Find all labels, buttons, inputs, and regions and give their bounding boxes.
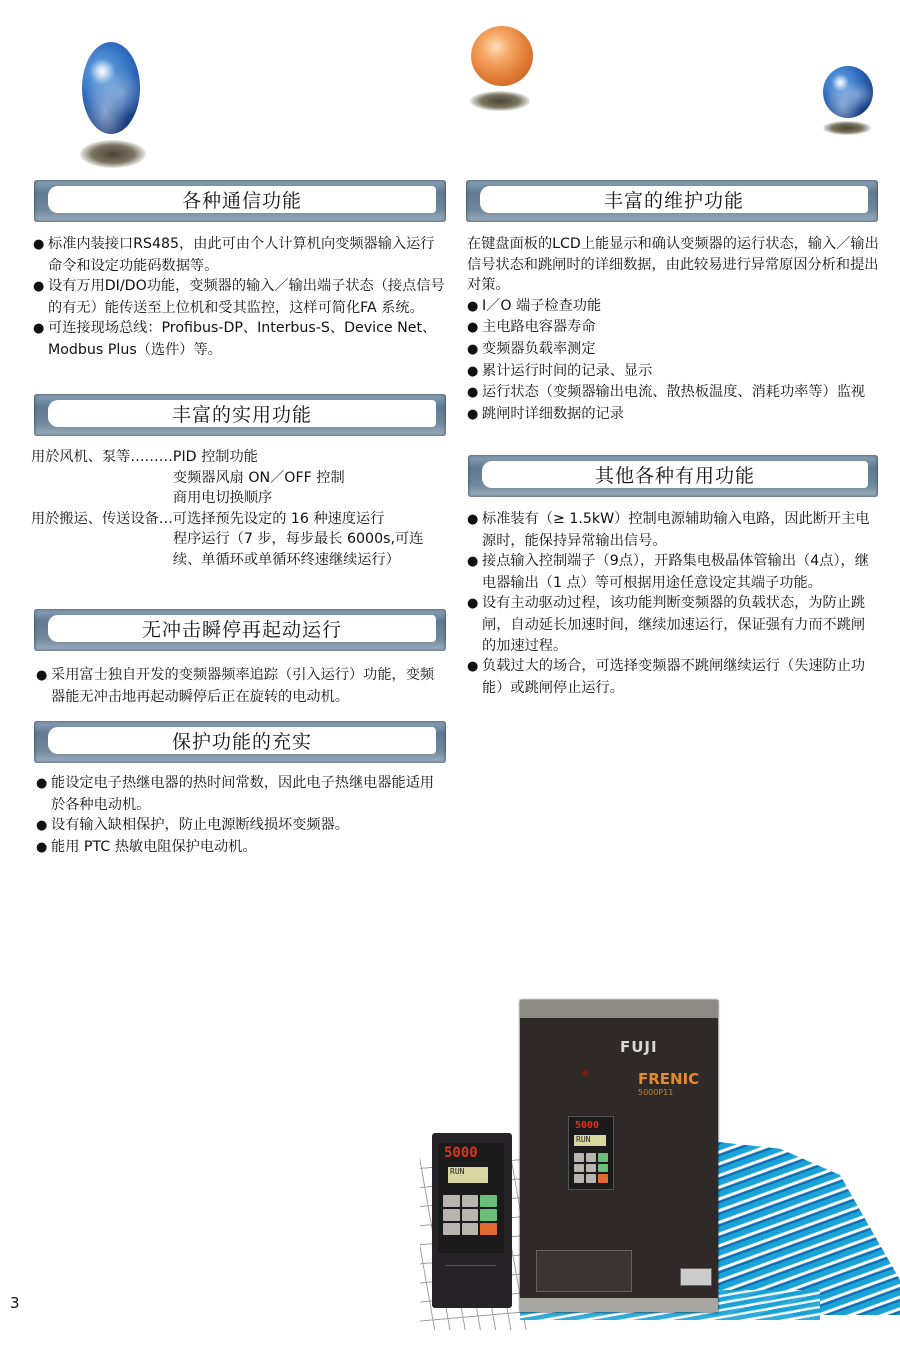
section-title: 其他各种有用功能 [595,461,755,488]
bullet-item: 能用 PTC 热敏电阻保护电动机。 [36,837,446,859]
keypad-buttons [574,1153,608,1183]
lcd-display: RUN [448,1167,488,1183]
section-body-protection: 能设定电子热继电器的热时间常数，因此电子热继电器能适用於各种电动机。 设有输入缺… [36,773,446,858]
section-body-communication: 标准内装接口RS485，由此可由个人计算机向变频器输入运行命令和设定功能码数据等… [33,234,445,361]
bullet-item: 采用富士独自开发的变频器频率追踪（引入运行）功能，变频器能无冲击地再起动瞬停后正… [36,665,446,707]
rating-label [680,1268,712,1286]
product-name: FRENIC [638,1070,699,1088]
application-row: 用於搬运、传送设备… 可选择预先设定的 16 种速度运行 程序运行（7 步，每步… [31,509,445,571]
bullet-item: 负载过大的场合，可选择变频器不跳闸继续运行（失速防止功能）或跳闸停止运行。 [467,656,879,698]
bullet-item: 跳闸时详细数据的记录 [467,404,879,426]
globe-shadow [80,140,146,168]
globe-shadow [823,121,871,135]
section-intro: 在键盘面板的LCD上能显示和确认变频器的运行状态，输入／输出信号状态和跳闸时的详… [467,234,879,296]
bullet-item: 能设定电子热继电器的热时间常数，因此电子热继电器能适用於各种电动机。 [36,773,446,815]
globe-shadow [470,91,530,111]
bullet-item: 设有主动驱动过程，该功能判断变频器的负载状态，为防止跳闸，自动延长加速时间，继续… [467,593,879,656]
bullet-item: 接点输入控制端子（9点），开路集电极晶体管输出（4点），继电器输出（1 点）等可… [467,551,879,593]
led-display: 5000 [444,1145,498,1161]
application-row: 用於风机、泵等……… PID 控制功能 变频器风扇 ON／OFF 控制 商用电切… [31,447,445,509]
section-title: 丰富的实用功能 [172,400,312,427]
small-inverter-image: 5000 RUN [432,1133,512,1308]
brand-logo: FUJI [620,1038,658,1056]
blue-globe-small-image [823,66,873,118]
page-number: 3 [10,1294,20,1312]
section-header-protection: 保护功能的充实 [34,721,446,763]
bullet-item: 累计运行时间的记录、显示 [467,361,879,383]
orange-globe-image [471,26,533,86]
large-inverter-image: FUJI FRENIC 5000P11 5000 RUN [520,1000,718,1312]
section-header-maintenance: 丰富的维护功能 [466,180,878,222]
section-body-other: 标准装有（≥ 1.5kW）控制电源辅助输入电路，因此断开主电源时，能保持异常输出… [467,509,879,698]
bullet-item: 可连接现场总线：Profibus-DP、Interbus-S、Device Ne… [33,318,445,360]
warning-label [536,1250,632,1292]
bullet-item: 变频器负载率测定 [467,339,879,361]
keypad-panel: 5000 RUN [568,1116,614,1190]
section-title: 各种通信功能 [182,186,302,213]
product-label [446,1265,496,1286]
application-values: 可选择预先设定的 16 种速度运行 程序运行（7 步，每步最长 6000s,可连… [173,509,445,571]
bullet-item: 运行状态（变频器输出电流、散热板温度、消耗功率等）监视 [467,382,879,404]
led-display: 5000 [575,1120,607,1131]
feature-line: 变频器风扇 ON／OFF 控制 [173,468,445,489]
section-body-maintenance: 在键盘面板的LCD上能显示和确认变频器的运行状态，输入／输出信号状态和跳闸时的详… [467,234,879,425]
bullet-item: 标准装有（≥ 1.5kW）控制电源辅助输入电路，因此断开主电源时，能保持异常输出… [467,509,879,551]
bullet-item: 设有输入缺相保护，防止电源断线损坏变频器。 [36,815,446,837]
section-header-communication: 各种通信功能 [34,180,446,222]
feature-line: 程序运行（7 步，每步最长 6000s,可连续、单循环或单循环终速继续运行） [173,529,445,570]
feature-line: PID 控制功能 [173,447,445,468]
section-body-practical: 用於风机、泵等……… PID 控制功能 变频器风扇 ON／OFF 控制 商用电切… [31,447,445,571]
bullet-item: 设有万用DI/DO功能，变频器的输入／输出端子状态（接点信号的有无）能传送至上位… [33,276,445,318]
section-title: 丰富的维护功能 [604,186,744,213]
keypad-panel: 5000 RUN [438,1143,504,1253]
feature-line: 可选择预先设定的 16 种速度运行 [173,509,445,530]
feature-line: 商用电切换顺序 [173,488,445,509]
model-name: 5000P11 [638,1088,673,1097]
application-label: 用於搬运、传送设备… [31,509,173,571]
section-header-restart: 无冲击瞬停再起动运行 [34,609,446,651]
section-title: 保护功能的充实 [172,727,312,754]
section-body-restart: 采用富士独自开发的变频器频率追踪（引入运行）功能，变频器能无冲击地再起动瞬停后正… [36,665,446,707]
application-values: PID 控制功能 变频器风扇 ON／OFF 控制 商用电切换顺序 [173,447,445,509]
blue-wave-graphic [700,1140,900,1315]
section-header-practical: 丰富的实用功能 [34,394,446,436]
mounting-plate [520,1298,718,1312]
bullet-item: 标准内装接口RS485，由此可由个人计算机向变频器输入运行命令和设定功能码数据等… [33,234,445,276]
application-label: 用於风机、泵等……… [31,447,173,509]
section-header-other: 其他各种有用功能 [468,455,878,497]
keypad-buttons [443,1195,497,1235]
indicator-lamp-icon [582,1070,588,1076]
section-title: 无冲击瞬停再起动运行 [142,615,342,642]
mounting-plate [520,1000,718,1018]
bullet-item: I／O 端子检查功能 [467,296,879,318]
blue-globe-large-image [82,42,140,134]
bullet-item: 主电路电容器寿命 [467,317,879,339]
lcd-display: RUN [574,1135,606,1146]
